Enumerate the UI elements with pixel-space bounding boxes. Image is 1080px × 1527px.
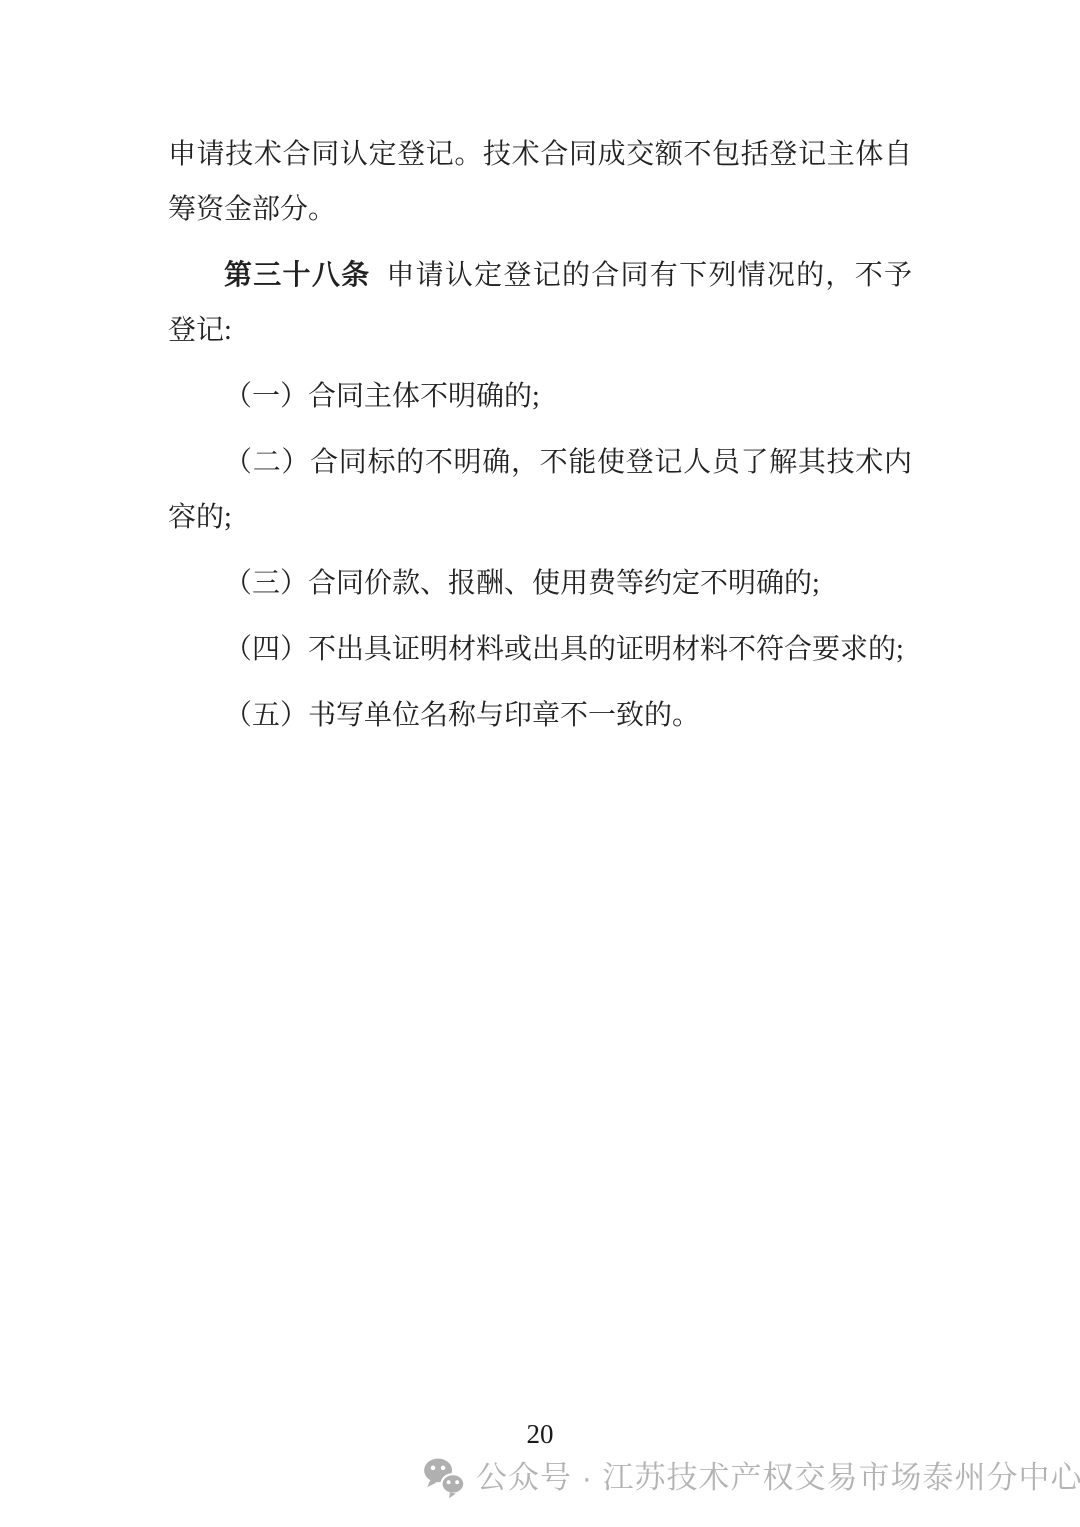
paragraph-continuation: 申请技术合同认定登记。技术合同成交额不包括登记主体自筹资金部分。 xyxy=(168,127,912,237)
list-item-2: （二）合同标的不明确，不能使登记人员了解其技术内容的; xyxy=(168,435,912,545)
document-page: 申请技术合同认定登记。技术合同成交额不包括登记主体自筹资金部分。 第三十八条申请… xyxy=(0,0,1080,1527)
paragraph-article-38: 第三十八条申请认定登记的合同有下列情况的，不予登记: xyxy=(168,248,912,358)
list-item-5: （五）书写单位名称与印章不一致的。 xyxy=(168,688,912,743)
list-item-1: （一）合同主体不明确的; xyxy=(168,369,912,424)
wechat-watermark: 公众号 · 江苏技术产权交易市场泰州分中心 xyxy=(422,1456,1080,1500)
list-item-3: （三）合同价款、报酬、使用费等约定不明确的; xyxy=(168,556,912,611)
list-item-4: （四）不出具证明材料或出具的证明材料不符合要求的; xyxy=(168,622,912,677)
wechat-icon xyxy=(422,1456,466,1500)
document-body: 申请技术合同认定登记。技术合同成交额不包括登记主体自筹资金部分。 第三十八条申请… xyxy=(168,127,912,754)
watermark-text: 公众号 · 江苏技术产权交易市场泰州分中心 xyxy=(476,1456,1080,1500)
article-number: 第三十八条 xyxy=(224,260,370,291)
page-number: 20 xyxy=(0,1420,1080,1448)
